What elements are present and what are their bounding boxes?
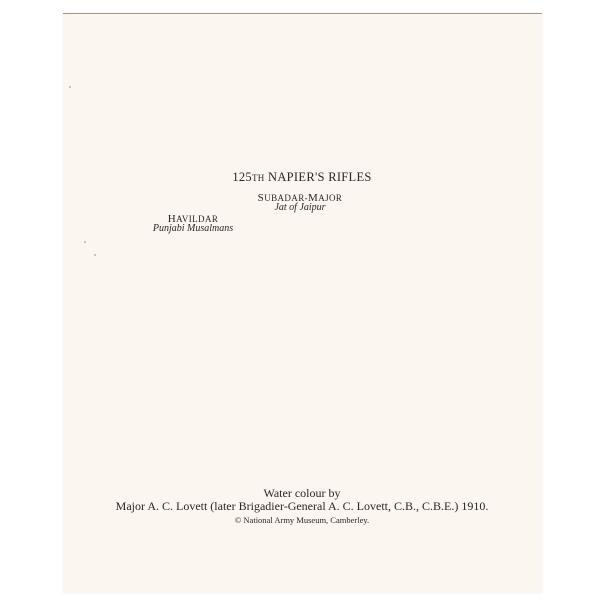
paper-speck [94,254,96,256]
regiment-title: 125TH NAPIER'S RIFLES [232,170,371,185]
title-text: NAPIER'S RIFLES [268,170,372,184]
paper-speck [84,241,86,243]
figure-origin-punjabi: Punjabi Musalmans [153,223,233,234]
title-suffix: TH [252,173,265,183]
credit-line-2: Major A. C. Lovett (later Brigadier-Gene… [116,499,489,514]
copyright-notice: © National Army Museum, Camberley. [235,515,369,525]
title-number: 125 [232,170,252,184]
figure-origin-jat: Jat of Jaipur [274,202,325,213]
paper-speck [69,86,71,88]
